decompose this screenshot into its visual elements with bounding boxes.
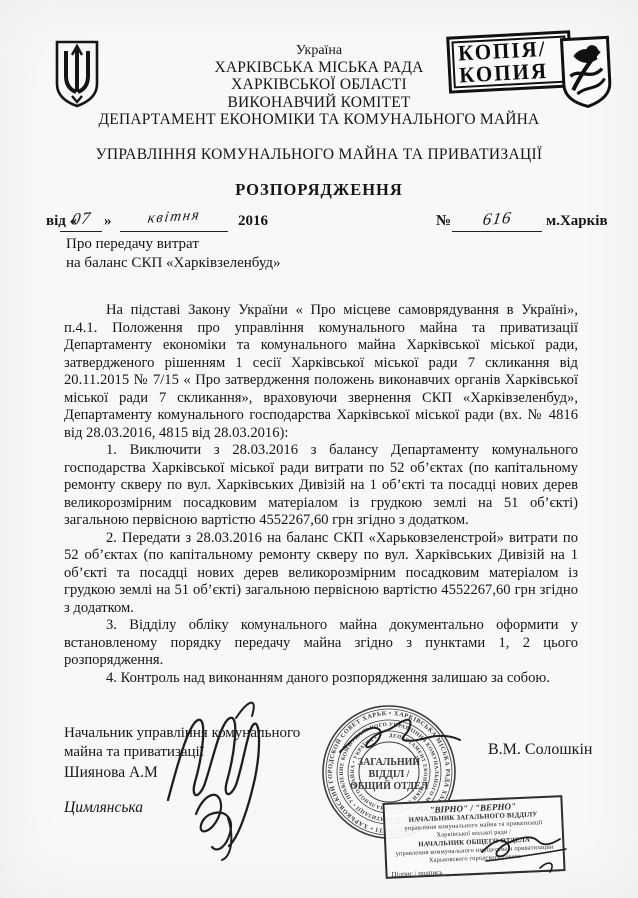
subject-block: Про передачу витрат на баланс СКП «Харкі… (66, 235, 281, 272)
document-type-title: РОЗПОРЯДЖЕННЯ (0, 180, 638, 200)
scanned-decree-document: КОПІЯ/ КОПИЯ Україна ХАРКІВСЬКА МІСЬКА Р… (0, 0, 638, 898)
item-1: 1. Виключити з 28.03.2016 з балансу Депа… (64, 442, 578, 530)
official-name: В.М. Солошкін (488, 741, 592, 759)
item-3: 3. Відділу обліку комунального майна док… (64, 617, 578, 670)
item-2: 2. Передати з 28.03.2016 на баланс СКП «… (64, 530, 578, 618)
signer-name-2: Цимлянська (64, 799, 143, 817)
handwritten-number: 616 (481, 208, 513, 230)
round-stamp-center-line-3: ОБЩИЙ ОТДЕЛ (350, 780, 429, 792)
signer-title-line-2: майна та приватизації (64, 743, 300, 762)
handwritten-month-field: квітня (120, 209, 228, 232)
date-number-line: від « 07 » квітня 2016 № 616 м.Харків (0, 213, 638, 237)
handwritten-number-field: 616 (452, 209, 542, 232)
subject-line-1: Про передачу витрат (66, 235, 281, 254)
org-line-2: ХАРКІВСЬКОЇ ОБЛАСТІ (0, 76, 638, 93)
signature-shiyanova-tail (236, 703, 254, 718)
signature-tsymlianska (196, 795, 231, 850)
quote-close: » (104, 213, 112, 230)
verify-stamp-sign-line (446, 864, 559, 877)
number-sign: № (436, 213, 451, 230)
item-4: 4. Контроль над виконанням даного розпор… (64, 670, 578, 688)
verify-stamp-sign-label: Підпис / подпись (391, 869, 442, 879)
city-label: м.Харків (546, 213, 608, 230)
round-stamp-center-line-1: ЗАГАЛЬНИЙ (358, 756, 421, 768)
signer-name-1: Шиянова А.М (64, 764, 158, 782)
division-line: УПРАВЛІННЯ КОМУНАЛЬНОГО МАЙНА ТА ПРИВАТИ… (0, 146, 638, 164)
org-line-4: ДЕПАРТАМЕНТ ЕКОНОМІКИ ТА КОМУНАЛЬНОГО МА… (0, 111, 638, 128)
handwritten-day-field: 07 (60, 209, 102, 232)
signer-title: Начальник управління комунального майна … (64, 724, 300, 761)
org-line-3: ВИКОНАВЧИЙ КОМІТЕТ (0, 94, 638, 111)
handwritten-day: 07 (70, 208, 92, 229)
decree-body: На підставі Закону України « Про місцеве… (64, 302, 578, 687)
country-line: Україна (0, 42, 638, 59)
verify-stamp: "ВІРНО" / "ВЕРНО" НАЧАЛЬНИК ЗАГАЛЬНОГО В… (382, 795, 565, 879)
org-line-1: ХАРКІВСЬКА МІСЬКА РАДА (0, 59, 638, 76)
year-label: 2016 (238, 213, 268, 230)
letterhead: Україна ХАРКІВСЬКА МІСЬКА РАДА ХАРКІВСЬК… (0, 42, 638, 128)
signer-title-line-1: Начальник управління комунального (64, 724, 300, 743)
verify-stamp-sign-row: Підпис / подпись (391, 864, 559, 879)
handwritten-month: квітня (146, 207, 201, 228)
round-stamp-center-line-2: ВІДДІЛ / (369, 769, 410, 780)
signature-tsymlianska-tail (222, 818, 231, 860)
preamble-paragraph: На підставі Закону України « Про місцеве… (64, 302, 578, 442)
subject-line-2: на баланс СКП «Харківзеленбуд» (66, 254, 281, 273)
